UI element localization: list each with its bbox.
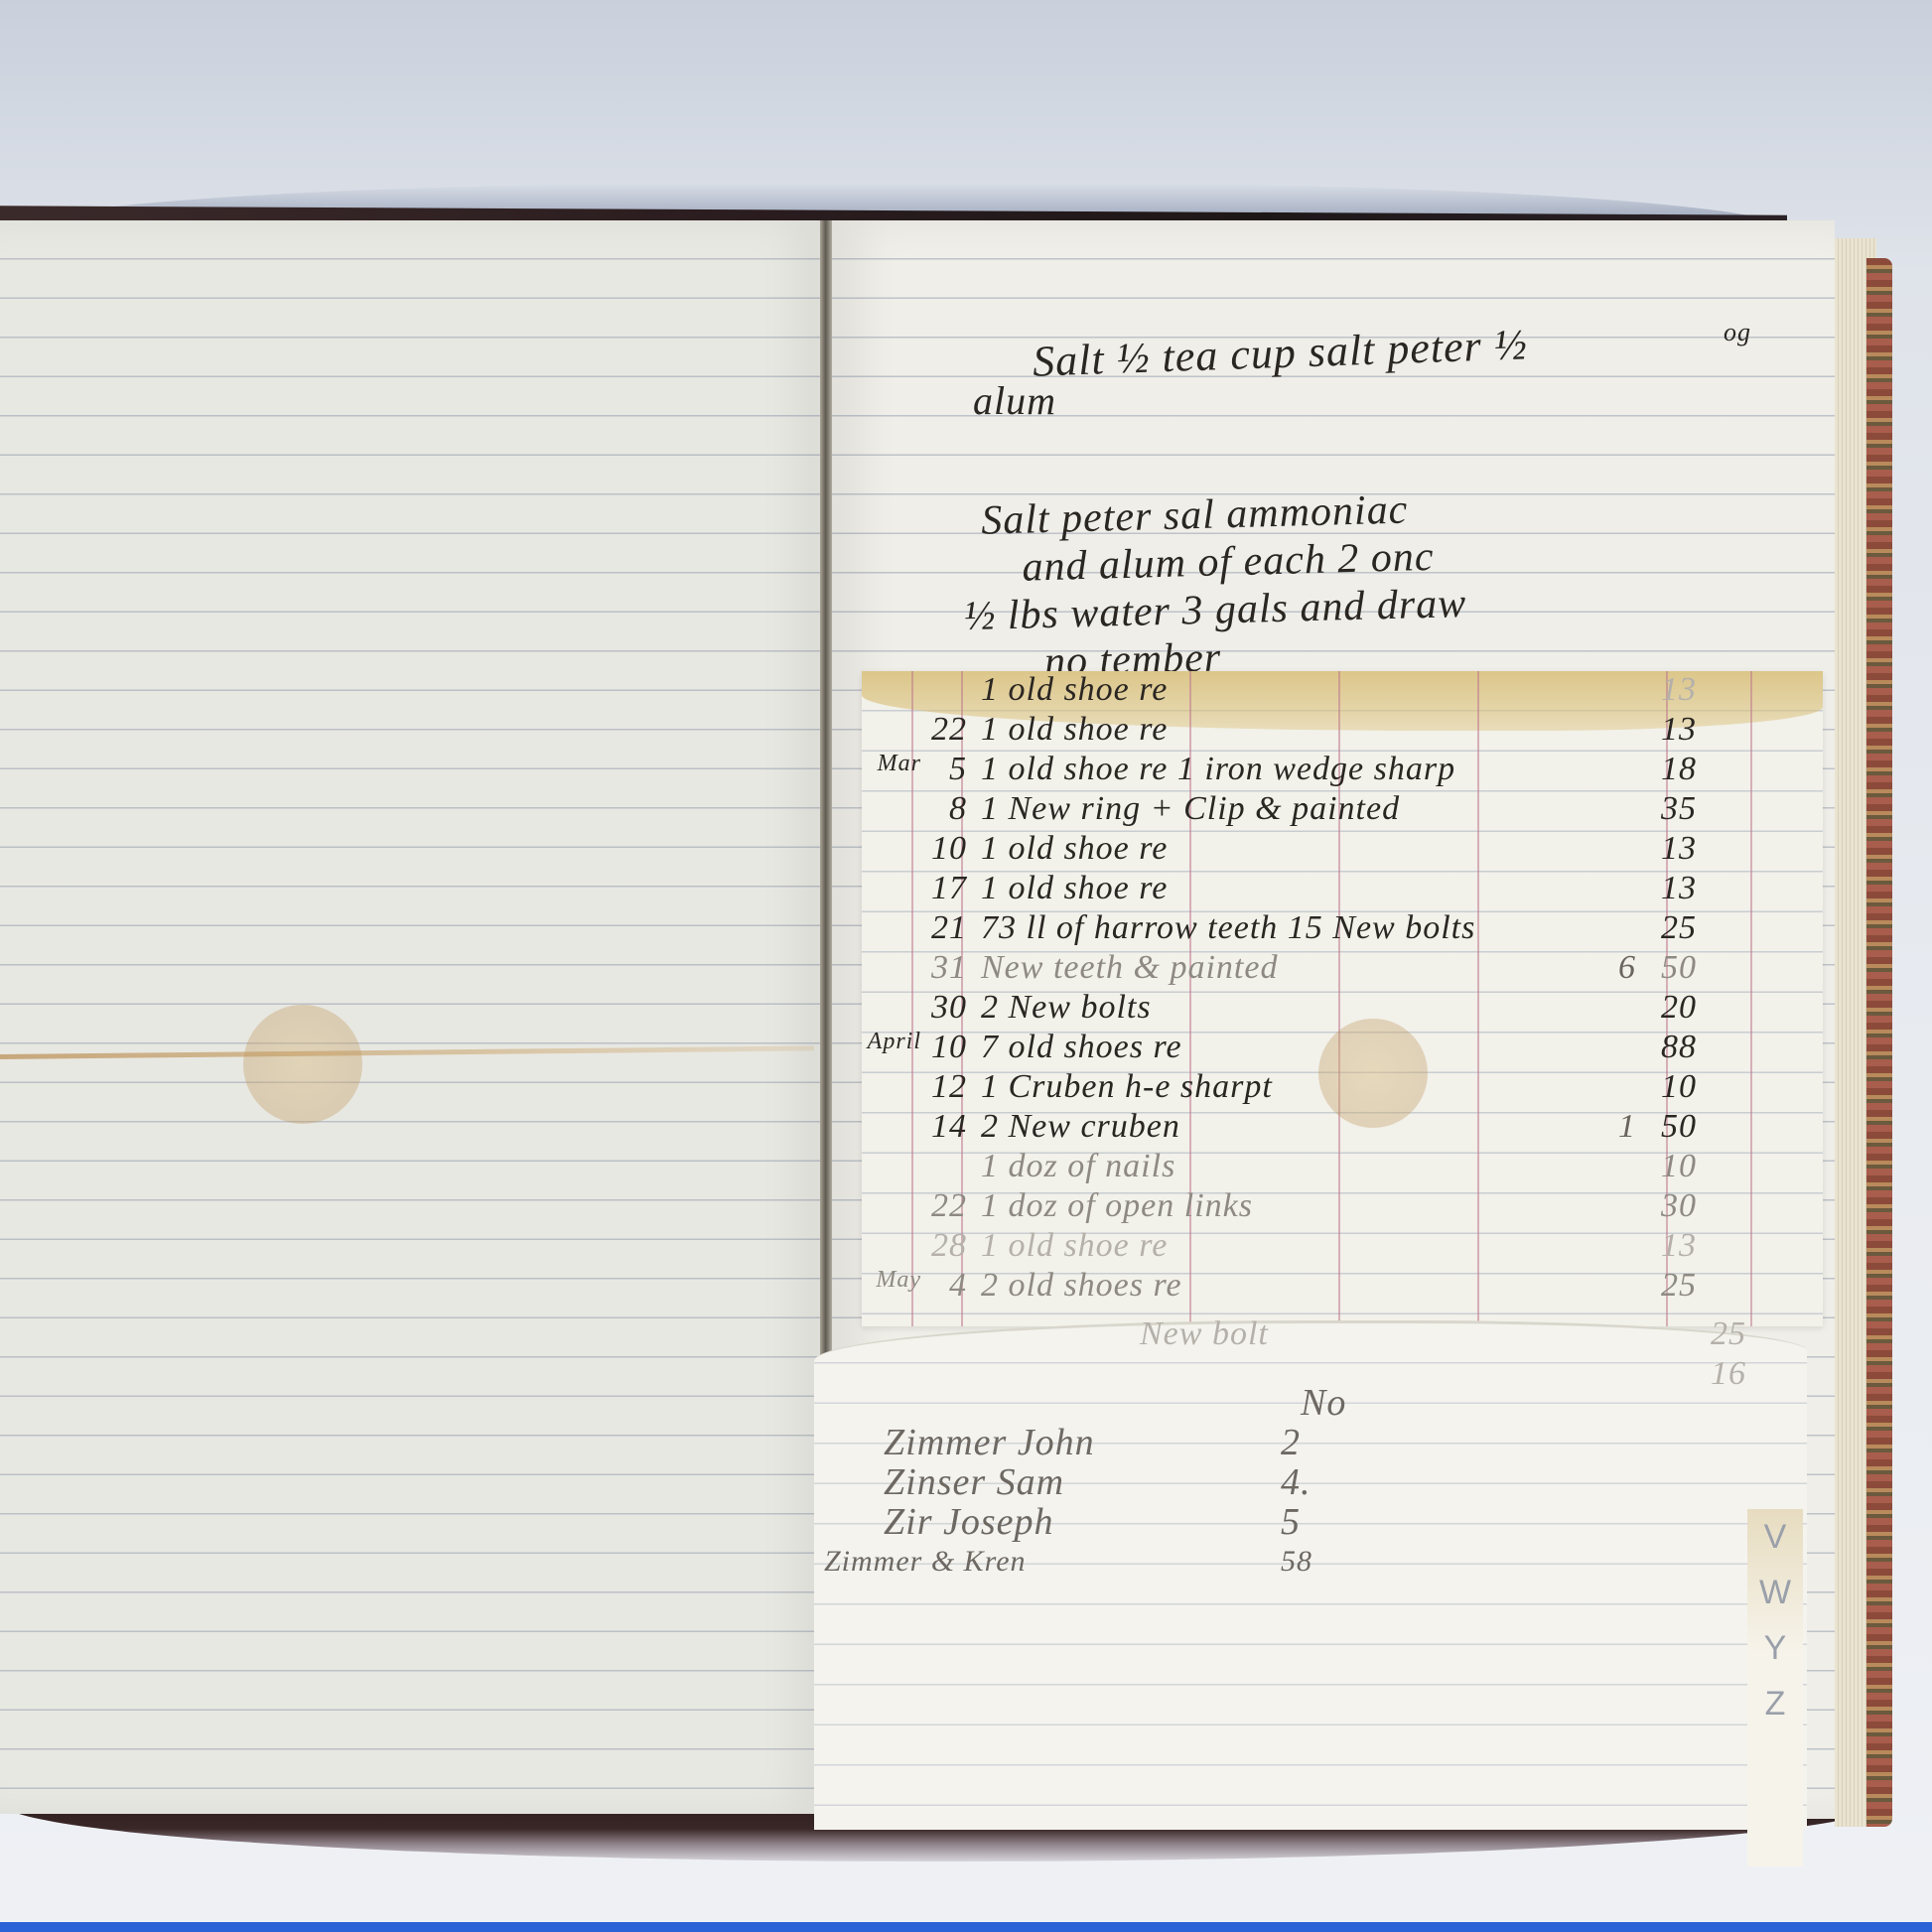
name-value: 2 — [1281, 1423, 1301, 1462]
ledger-row: 22 1 doz of open links 30 — [862, 1187, 1823, 1227]
ledger-row: 17 1 old shoe re 13 — [862, 870, 1823, 909]
ledger-desc: 1 doz of open links — [981, 1187, 1253, 1225]
name-value: 58 — [1281, 1542, 1312, 1582]
ledger-day: 30 — [917, 989, 967, 1027]
bottom-border-bar — [0, 1922, 1932, 1932]
name-row: Zimmer John 2 — [884, 1423, 1095, 1462]
ledger-amount: 30 — [1661, 1187, 1750, 1225]
ledger-amount: 10 — [1661, 1148, 1750, 1185]
ledger-row: 30 2 New bolts 20 — [862, 989, 1823, 1029]
ledger-amount: 50 — [1661, 949, 1750, 987]
ledger-day: 10 — [917, 830, 967, 868]
name-row: Zir Joseph 5 — [884, 1502, 1095, 1542]
ledger-day: 22 — [917, 1187, 967, 1225]
ledger-dollars: 1 — [1577, 1108, 1636, 1146]
name-entry: Zinser Sam — [884, 1461, 1064, 1503]
ledger-row: May 4 2 old shoes re 25 — [862, 1267, 1823, 1307]
ledger-amount: 88 — [1661, 1029, 1750, 1066]
ledger-dollars: 6 — [1577, 949, 1636, 987]
ledger-amount: 50 — [1661, 1108, 1750, 1146]
ledger-desc: 2 New bolts — [981, 989, 1152, 1027]
ledger-amount: 13 — [1661, 830, 1750, 868]
ledger-desc: 1 old shoe re 1 iron wedge sharp — [981, 751, 1455, 788]
ledger-desc: New bolt — [1140, 1315, 1269, 1353]
ledger-row: 1 doz of nails 10 — [862, 1148, 1823, 1187]
ledger-row: 8 1 New ring + Clip & painted 35 — [862, 790, 1823, 830]
name-list: No Zimmer John 2 Zinser Sam 4. Zir Josep… — [884, 1383, 1095, 1582]
ledger-row: 14 2 New cruben 1 50 — [862, 1108, 1823, 1148]
ledger-day: 12 — [917, 1068, 967, 1106]
left-page — [0, 220, 826, 1814]
ledger-day: 22 — [917, 711, 967, 749]
ledger-desc: New teeth & painted — [981, 949, 1278, 987]
ledger-row: 10 1 old shoe re 13 — [862, 830, 1823, 870]
ledger-day: 17 — [917, 870, 967, 907]
ledger-desc: 7 old shoes re — [981, 1029, 1182, 1066]
marbled-edge — [1866, 258, 1892, 1827]
ledger-amount: 13 — [1661, 671, 1750, 709]
ledger-row: 28 1 old shoe re 13 — [862, 1227, 1823, 1267]
ledger-day: 5 — [917, 751, 967, 788]
name-list-header-label: No — [1301, 1383, 1346, 1423]
name-value: 5 — [1281, 1502, 1301, 1542]
alphabet-index-tab: V W Y Z — [1747, 1509, 1803, 1866]
ledger-day: 4 — [917, 1267, 967, 1305]
recipe-1-line-2: alum — [973, 377, 1056, 424]
ledger-amount: 13 — [1661, 711, 1750, 749]
name-list-header: No — [884, 1383, 1095, 1423]
name-row: Zinser Sam 4. — [884, 1462, 1095, 1502]
ledger-desc: 1 Cruben h-e sharpt — [981, 1068, 1273, 1106]
ledger-desc: 1 old shoe re — [981, 711, 1168, 749]
ledger-desc: 1 old shoe re — [981, 671, 1168, 709]
ledger-amount: 13 — [1661, 870, 1750, 907]
ledger-amount: 20 — [1661, 989, 1750, 1027]
ledger-amount: 25 — [1661, 909, 1750, 947]
ledger-amount: 16 — [1711, 1355, 1800, 1393]
ledger-row: Mar 5 1 old shoe re 1 iron wedge sharp 1… — [862, 751, 1823, 790]
name-entry: Zimmer John — [884, 1422, 1095, 1463]
ledger-day: 10 — [917, 1029, 967, 1066]
ledger-amount: 25 — [1661, 1267, 1750, 1305]
index-letter: V — [1747, 1509, 1803, 1565]
ledger-desc: 1 New ring + Clip & painted — [981, 790, 1400, 828]
name-entry: Zir Joseph — [884, 1501, 1054, 1543]
ledger-row: New bolt 25 — [862, 1315, 1855, 1355]
photo-scene: Salt ½ tea cup salt peter ½ alum og Salt… — [0, 0, 1932, 1932]
ledger-row: 31 New teeth & painted 6 50 — [862, 949, 1823, 989]
index-letter: W — [1747, 1565, 1803, 1620]
ledger-day: 14 — [917, 1108, 967, 1146]
ledger-desc: 73 ll of harrow teeth 15 New bolts — [981, 909, 1475, 947]
ledger-amount: 35 — [1661, 790, 1750, 828]
ledger-month: Mar — [862, 751, 921, 777]
ledger-amount: 10 — [1661, 1068, 1750, 1106]
ledger-day: 21 — [917, 909, 967, 947]
ledger-row: 21 73 ll of harrow teeth 15 New bolts 25 — [862, 909, 1823, 949]
ledger-month: May — [862, 1267, 921, 1294]
water-stain — [243, 1005, 362, 1124]
index-letter: Z — [1747, 1676, 1803, 1731]
ledger-day: 28 — [917, 1227, 967, 1265]
name-entry: Zimmer & Kren — [824, 1545, 1027, 1578]
ledger-amount: 18 — [1661, 751, 1750, 788]
ledger-day: 8 — [917, 790, 967, 828]
page-crease — [0, 1045, 814, 1059]
ledger-day: 31 — [917, 949, 967, 987]
name-value: 4. — [1281, 1462, 1311, 1502]
ledger-desc: 2 New cruben — [981, 1108, 1180, 1146]
ledger-amount: 25 — [1711, 1315, 1800, 1353]
ledger-row: 12 1 Cruben h-e sharpt 10 — [862, 1068, 1823, 1108]
ledger-desc: 1 doz of nails — [981, 1148, 1175, 1185]
ledger-row: April 10 7 old shoes re 88 — [862, 1029, 1823, 1068]
recipe-2: Salt peter sal ammoniac and alum of each… — [981, 476, 1800, 687]
ledger-month: April — [862, 1029, 921, 1055]
ledger-desc: 1 old shoe re — [981, 870, 1168, 907]
ledger-desc: 2 old shoes re — [981, 1267, 1182, 1305]
ledger-desc: 1 old shoe re — [981, 830, 1168, 868]
name-row: Zimmer & Kren 58 — [824, 1542, 1095, 1582]
ledger-row: 1 old shoe re 13 — [862, 671, 1823, 711]
ledger-row: 22 1 old shoe re 13 — [862, 711, 1823, 751]
index-letter: Y — [1747, 1620, 1803, 1676]
lower-page-fragment: New bolt 25 16 No Zimmer John 2 Zinser S… — [814, 1320, 1807, 1830]
ledger-amount: 13 — [1661, 1227, 1750, 1265]
ledger-desc: 1 old shoe re — [981, 1227, 1168, 1265]
recipe-1-superscript: og — [1724, 318, 1751, 347]
pasted-ledger-clipping: 1 old shoe re 13 22 1 old shoe re 13 Mar… — [862, 671, 1823, 1326]
